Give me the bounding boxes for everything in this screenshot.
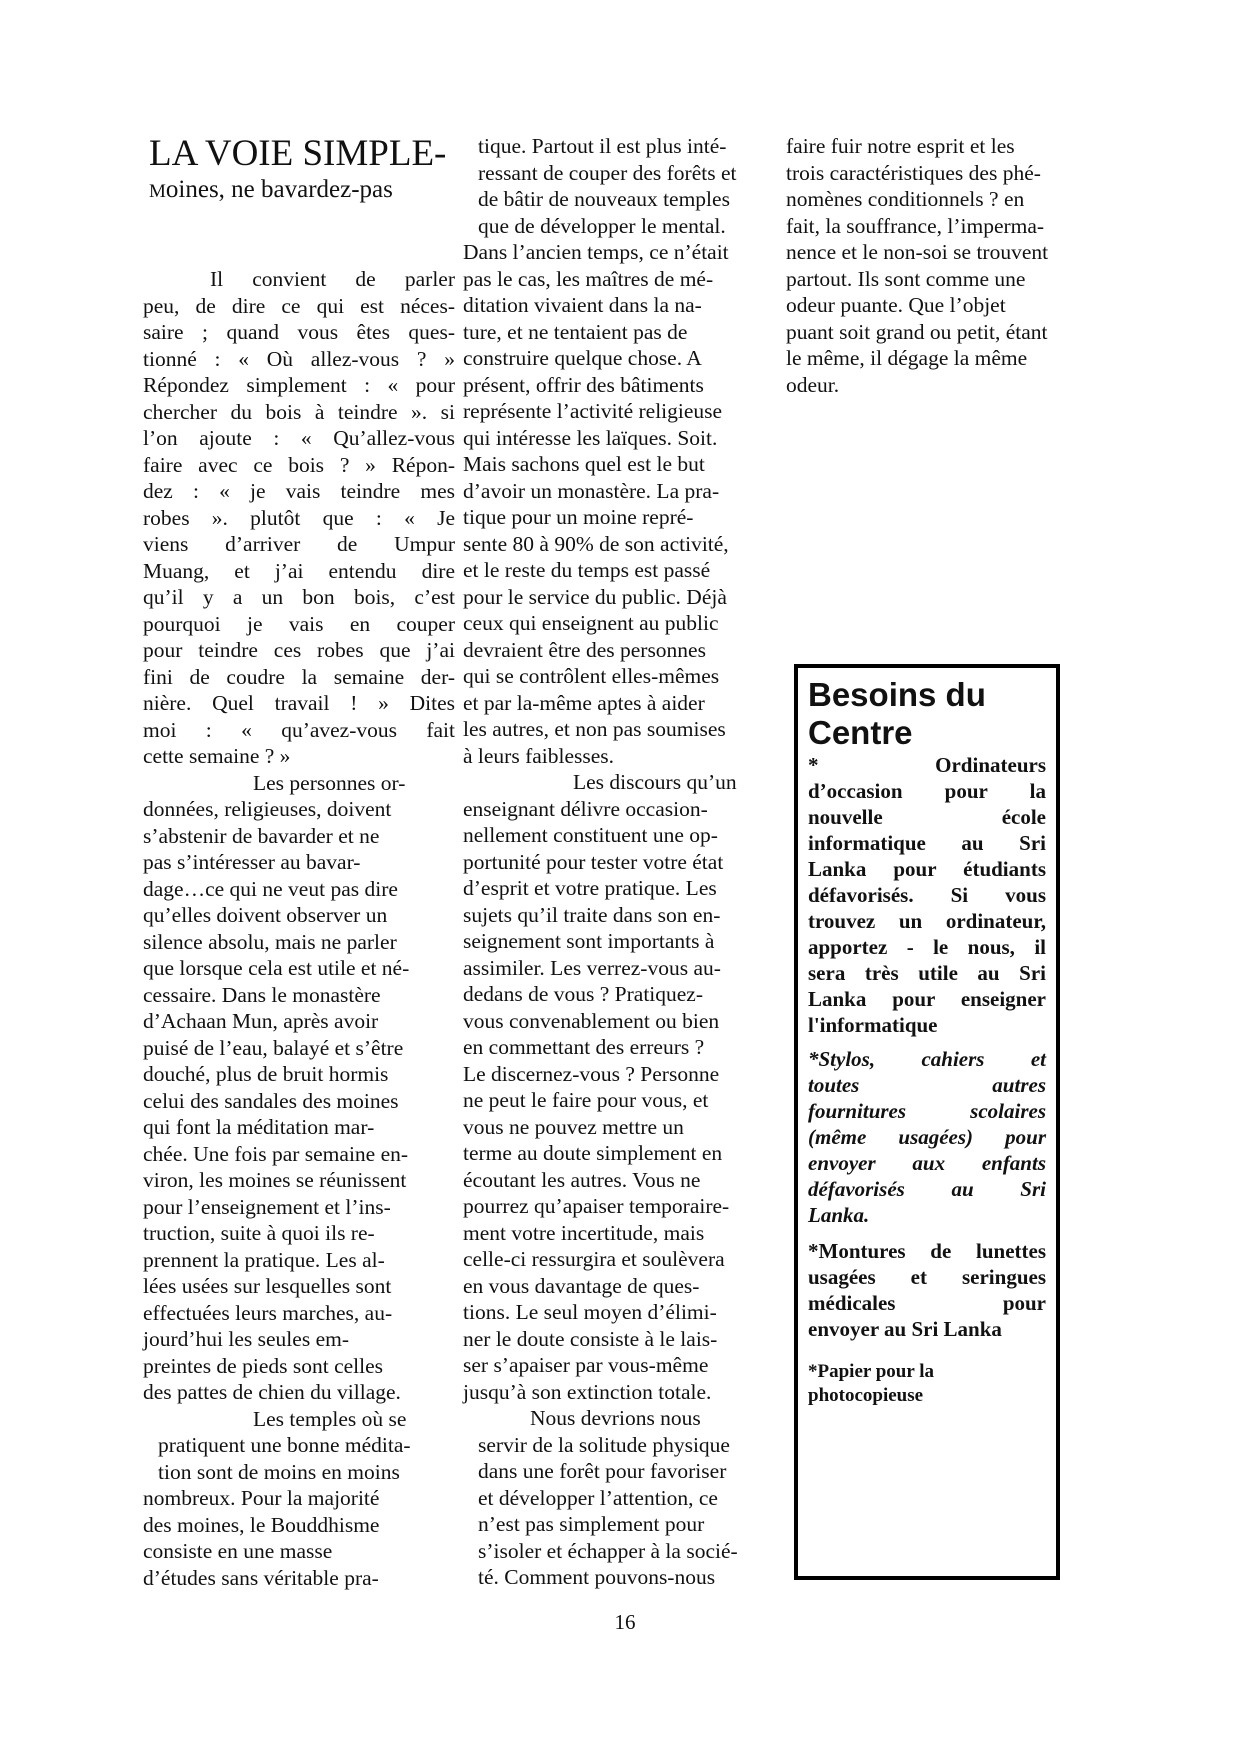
text-line: Les personnes or- (143, 770, 455, 797)
text-line: servir de la solitude physique (463, 1432, 775, 1459)
text-line: partout. Ils sont comme une (786, 266, 1098, 293)
text-line: Répondez simplement : « pour (143, 372, 455, 399)
text-line: ressant de couper des forêts et (463, 160, 775, 187)
text-line: envoyer au Sri Lanka (808, 1316, 1046, 1342)
text-line: silence absolu, mais ne parler (143, 929, 455, 956)
text-line: ner le doute consiste à le lais- (463, 1326, 775, 1353)
need-item-paper: *Papier pour la photocopieuse (808, 1360, 1046, 1408)
text-line: apportez - le nous, il (808, 934, 1046, 960)
column-2: tique. Partout il est plus inté- ressant… (463, 133, 775, 1591)
text-line: dedans de vous ? Pratiquez- (463, 981, 775, 1008)
text-line: *Montures de lunettes (808, 1238, 1046, 1264)
text-line: Dans l’ancien temps, ce n’était (463, 239, 775, 266)
text-line: écoutant les autres. Vous ne (463, 1167, 775, 1194)
text-line: fini de coudre la semaine der- (143, 664, 455, 691)
text-line: prennent la pratique. Les al- (143, 1247, 455, 1274)
text-line: nombreux. Pour la majorité (143, 1485, 455, 1512)
text-line: celui des sandales des moines (143, 1088, 455, 1115)
text-line: devraient être des personnes (463, 637, 775, 664)
text-line: nellement constituent une op- (463, 822, 775, 849)
text-line: que lorsque cela est utile et né- (143, 955, 455, 982)
text-line: d’Achaan Mun, après avoir (143, 1008, 455, 1035)
text-line: peu, de dire ce qui est néces- (143, 293, 455, 320)
article-title: LA VOIE SIMPLE- (149, 134, 446, 174)
document-page: LA VOIE SIMPLE- Moines, ne bavardez-pas … (0, 0, 1240, 1754)
text-line: toutes autres (808, 1072, 1046, 1098)
article-subtitle: Moines, ne bavardez-pas (149, 176, 393, 206)
text-line: ditation vivaient dans la na- (463, 292, 775, 319)
text-line: informatique au Sri (808, 830, 1046, 856)
text-line: viens d’arriver de Umpur (143, 531, 455, 558)
text-line: sente 80 à 90% de son activité, (463, 531, 775, 558)
text-line: nouvelle école (808, 804, 1046, 830)
text-line: pas s’intéresser au bavar- (143, 849, 455, 876)
text-line: enseignant délivre occasion- (463, 796, 775, 823)
text-line: effectuées leurs marches, au- (143, 1300, 455, 1327)
page-number: 16 (610, 1610, 640, 1635)
text-line: douché, plus de bruit hormis (143, 1061, 455, 1088)
text-line: ture, et ne tentaient pas de (463, 319, 775, 346)
text-line: fait, la souffrance, l’imperma- (786, 213, 1098, 240)
text-line: nomènes conditionnels ? en (786, 186, 1098, 213)
text-line: ser s’apaiser par vous-même (463, 1352, 775, 1379)
text-line: ment votre incertitude, mais (463, 1220, 775, 1247)
text-line: terme au doute simplement en (463, 1140, 775, 1167)
text-line: puisé de l’eau, balayé et s’être (143, 1035, 455, 1062)
text-line: *Papier pour la (808, 1360, 1046, 1384)
text-line: défavorisés. Si vous (808, 882, 1046, 908)
need-item-glasses-syringes: *Montures de lunettes usagées et seringu… (808, 1238, 1046, 1342)
text-line: dez : « je vais teindre mes (143, 478, 455, 505)
text-line: fournitures scolaires (808, 1098, 1046, 1124)
text-line: assimiler. Les verrez-vous au- (463, 955, 775, 982)
text-line: s’abstenir de bavarder et ne (143, 823, 455, 850)
text-line: et le reste du temps est passé (463, 557, 775, 584)
column-3: faire fuir notre esprit et les trois car… (786, 133, 1098, 398)
need-item-school-supplies: *Stylos, cahiers et toutes autres fourni… (808, 1046, 1046, 1228)
text-line: portunité pour tester votre état (463, 849, 775, 876)
need-item-computers: * Ordinateurs d’occasion pour la nouvell… (808, 752, 1046, 1038)
text-line: des pattes de chien du village. (143, 1379, 455, 1406)
text-line: cessaire. Dans le monastère (143, 982, 455, 1009)
text-line: (même usagées) pour (808, 1124, 1046, 1150)
text-line: chée. Une fois par semaine en- (143, 1141, 455, 1168)
text-line: preintes de pieds sont celles (143, 1353, 455, 1380)
text-line: que de développer le mental. (463, 213, 775, 240)
text-line: qu’elles doivent observer un (143, 902, 455, 929)
text-line: qu’il y a un bon bois, c’est (143, 584, 455, 611)
text-line: nière. Quel travail ! » Dites (143, 690, 455, 717)
text-line: Lanka pour étudiants (808, 856, 1046, 882)
text-line: Il convient de parler (143, 266, 455, 293)
text-line: Mais sachons quel est le but (463, 451, 775, 478)
text-line: Lanka. (808, 1202, 1046, 1228)
text-line: moi : « qu’avez-vous fait (143, 717, 455, 744)
text-line: odeur puante. Que l’objet (786, 292, 1098, 319)
text-line: à leurs faiblesses. (463, 743, 775, 770)
text-line: d’occasion pour la (808, 778, 1046, 804)
text-line: tion sont de moins en moins (143, 1459, 455, 1486)
text-line: de bâtir de nouveaux temples (463, 186, 775, 213)
box-title-line-1: Besoins du (808, 676, 1046, 714)
text-line: qui font la méditation mar- (143, 1114, 455, 1141)
text-line: saire ; quand vous êtes ques- (143, 319, 455, 346)
text-line: pour l’enseignement et l’ins- (143, 1194, 455, 1221)
text-line: le même, il dégage la même (786, 345, 1098, 372)
text-line: pas le cas, les maîtres de mé- (463, 266, 775, 293)
text-line: pratiquent une bonne médita- (143, 1432, 455, 1459)
text-line: pour le service du public. Déjà (463, 584, 775, 611)
text-line: qui se contrôlent elles-mêmes (463, 663, 775, 690)
text-line: dage…ce qui ne veut pas dire (143, 876, 455, 903)
text-line: truction, suite à quoi ils re- (143, 1220, 455, 1247)
text-line: chercher du bois à teindre ». si (143, 399, 455, 426)
text-line: dans une forêt pour favoriser (463, 1458, 775, 1485)
text-line: photocopieuse (808, 1384, 1046, 1408)
text-line: pour teindre ces robes que j’ai (143, 637, 455, 664)
text-line: odeur. (786, 372, 1098, 399)
text-line: Les temples où se (143, 1406, 455, 1433)
text-line: trois caractéristiques des phé- (786, 160, 1098, 187)
text-line: trouvez un ordinateur, (808, 908, 1046, 934)
text-line: usagées et seringues (808, 1264, 1046, 1290)
text-line: Les discours qu’un (463, 769, 775, 796)
text-line: tions. Le seul moyen d’élimi- (463, 1299, 775, 1326)
text-line: présent, offrir des bâtiments (463, 372, 775, 399)
text-line: * Ordinateurs (808, 752, 1046, 778)
text-line: qui intéresse les laïques. Soit. (463, 425, 775, 452)
text-line: Muang, et j’ai entendu dire (143, 558, 455, 585)
text-line: ceux qui enseignent au public (463, 610, 775, 637)
text-line: cette semaine ? » (143, 743, 455, 770)
text-line: faire avec ce bois ? » Répon- (143, 452, 455, 479)
text-line: nence et le non-soi se trouvent (786, 239, 1098, 266)
text-line: lées usées sur lesquelles sont (143, 1273, 455, 1300)
text-line: défavorisés au Sri (808, 1176, 1046, 1202)
text-line: sujets qu’il traite dans son en- (463, 902, 775, 929)
text-line: représente l’activité religieuse (463, 398, 775, 425)
text-line: vous convenablement ou bien (463, 1008, 775, 1035)
text-line: sera très utile au Sri (808, 960, 1046, 986)
text-line: d’avoir un monastère. La pra- (463, 478, 775, 505)
box-title-line-2: Centre (808, 714, 1046, 752)
text-line: *Stylos, cahiers et (808, 1046, 1046, 1072)
text-line: envoyer aux enfants (808, 1150, 1046, 1176)
text-line: en vous davantage de ques- (463, 1273, 775, 1300)
text-line: viron, les moines se réunissent (143, 1167, 455, 1194)
text-line: construire quelque chose. A (463, 345, 775, 372)
column-1: Il convient de parler peu, de dire ce qu… (143, 266, 455, 1591)
text-line: vous ne pouvez mettre un (463, 1114, 775, 1141)
subtitle-initial: M (149, 181, 166, 202)
text-line: pourquoi je vais en couper (143, 611, 455, 638)
text-line: des moines, le Bouddhisme (143, 1512, 455, 1539)
text-line: ne peut le faire pour vous, et (463, 1087, 775, 1114)
text-line: pourrez qu’apaiser temporaire- (463, 1193, 775, 1220)
text-line: n’est pas simplement pour (463, 1511, 775, 1538)
text-line: seignement sont importants à (463, 928, 775, 955)
text-line: consiste en une masse (143, 1538, 455, 1565)
subtitle-rest: oines, ne bavardez-pas (166, 176, 393, 203)
text-line: té. Comment pouvons-nous (463, 1564, 775, 1591)
text-line: tique. Partout il est plus inté- (463, 133, 775, 160)
text-line: d’études sans véritable pra- (143, 1565, 455, 1592)
text-line: l’on ajoute : « Qu’allez-vous (143, 425, 455, 452)
text-line: tique pour un moine repré- (463, 504, 775, 531)
text-line: et développer l’attention, ce (463, 1485, 775, 1512)
text-line: s’isoler et échapper à la socié- (463, 1538, 775, 1565)
text-line: données, religieuses, doivent (143, 796, 455, 823)
text-line: d’esprit et votre pratique. Les (463, 875, 775, 902)
text-line: faire fuir notre esprit et les (786, 133, 1098, 160)
text-line: jusqu’à son extinction totale. (463, 1379, 775, 1406)
text-line: l'informatique (808, 1012, 1046, 1038)
text-line: et par la-même aptes à aider (463, 690, 775, 717)
text-line: puant soit grand ou petit, étant (786, 319, 1098, 346)
text-line: jourd’hui les seules em- (143, 1326, 455, 1353)
centre-needs-box: Besoins du Centre * Ordinateurs d’occasi… (794, 664, 1060, 1580)
text-line: médicales pour (808, 1290, 1046, 1316)
text-line: tionné : « Où allez-vous ? » (143, 346, 455, 373)
text-line: Le discernez-vous ? Personne (463, 1061, 775, 1088)
text-line: robes ». plutôt que : « Je (143, 505, 455, 532)
text-line: en commettant des erreurs ? (463, 1034, 775, 1061)
text-line: Lanka pour enseigner (808, 986, 1046, 1012)
text-line: celle-ci ressurgira et soulèvera (463, 1246, 775, 1273)
text-line: les autres, et non pas soumises (463, 716, 775, 743)
text-line: Nous devrions nous (463, 1405, 775, 1432)
